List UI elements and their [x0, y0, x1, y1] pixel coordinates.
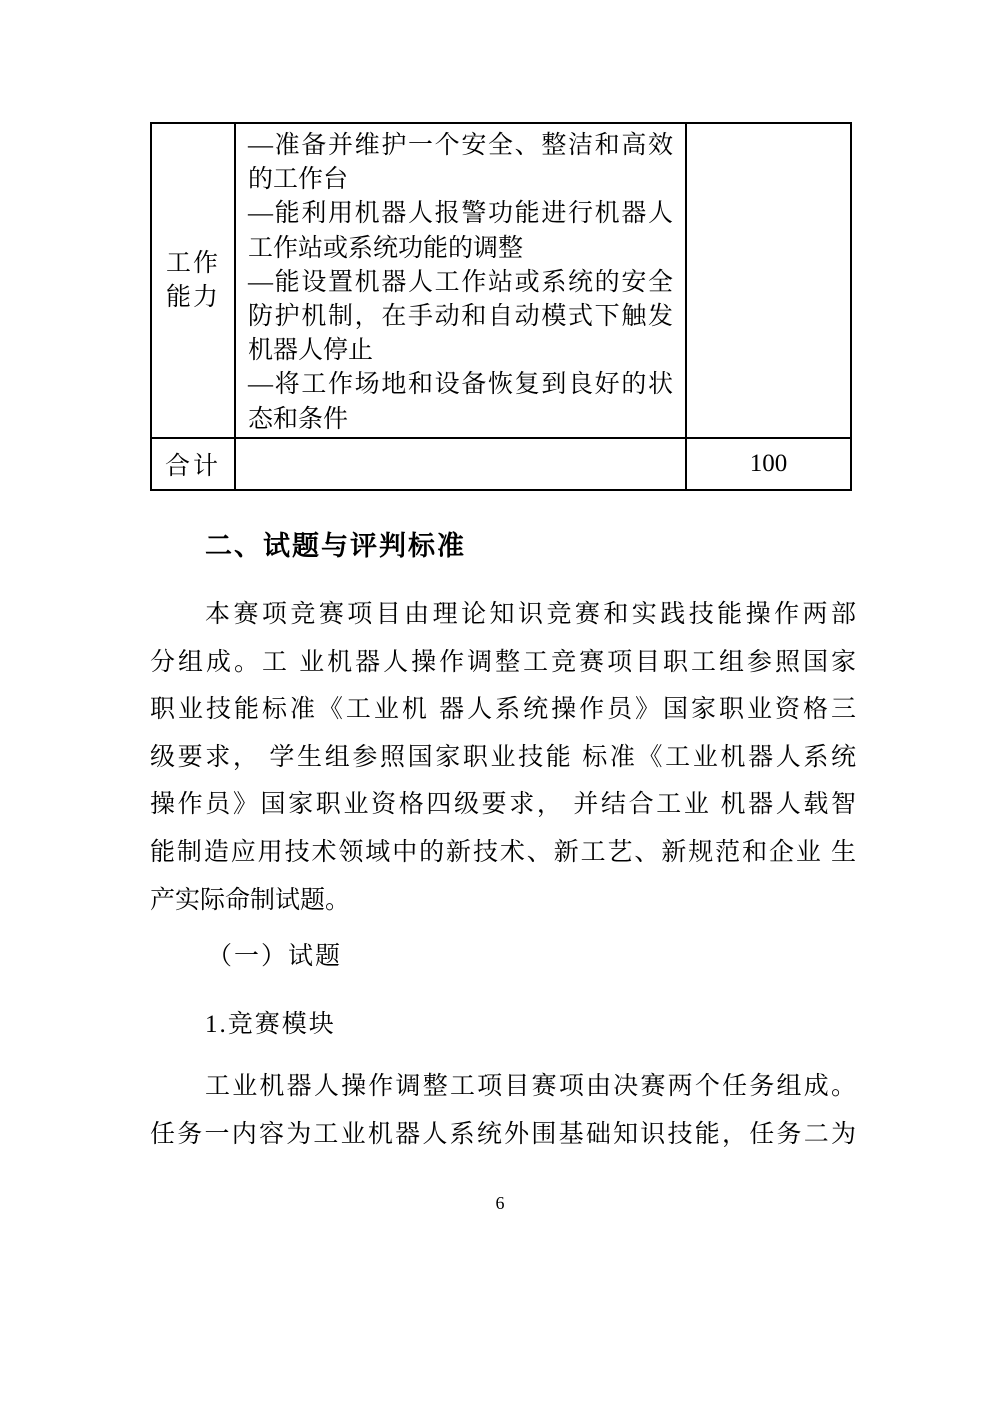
total-score-cell: 100	[687, 439, 850, 489]
criteria-line: 态和条件	[248, 403, 673, 437]
criteria-line: —能利用机器人报警功能进行机器人	[248, 197, 673, 231]
section-heading: 二、试题与评判标准	[205, 524, 466, 563]
page-number: 6	[0, 1193, 1000, 1214]
criteria-line: 防护机制，在手动和自动模式下触发	[248, 300, 673, 334]
capability-header-line: 工作	[166, 247, 220, 281]
criteria-line: —准备并维护一个安全、整洁和高效	[248, 129, 673, 163]
capability-header-line: 能力	[166, 281, 220, 315]
intro-line: 分组成。工 业机器人操作调整工竞赛项目职工组参照国家	[150, 639, 856, 687]
module-paragraph: 工业机器人操作调整工项目赛项由决赛两个任务组成。 任务一内容为工业机器人系统外围…	[150, 1063, 856, 1158]
criteria-line: —将工作场地和设备恢复到良好的状	[248, 368, 673, 402]
document-page: 工作 能力 —准备并维护一个安全、整洁和高效 的工作台 —能利用机器人报警功能进…	[0, 0, 1000, 1414]
module-line: 任务一内容为工业机器人系统外围基础知识技能，任务二为	[150, 1111, 856, 1159]
criteria-line: 的工作台	[248, 163, 673, 197]
intro-line: 级要求， 学生组参照国家职业技能 标准《工业机器人系统	[150, 734, 856, 782]
total-label-cell: 合计	[152, 439, 236, 489]
intro-line: 能制造应用技术领域中的新技术、新工艺、新规范和企业 生	[150, 829, 856, 877]
scoring-table: 工作 能力 —准备并维护一个安全、整洁和高效 的工作台 —能利用机器人报警功能进…	[150, 122, 852, 491]
list-item-heading: 1.竞赛模块	[205, 1004, 336, 1040]
criteria-line: 工作站或系统功能的调整	[248, 232, 673, 266]
criteria-line: —能设置机器人工作站或系统的安全	[248, 266, 673, 300]
criteria-cell: —准备并维护一个安全、整洁和高效 的工作台 —能利用机器人报警功能进行机器人 工…	[236, 124, 687, 439]
capability-header-cell: 工作 能力	[152, 124, 236, 439]
module-line: 工业机器人操作调整工项目赛项由决赛两个任务组成。	[150, 1063, 856, 1111]
subsection-heading: （一）试题	[207, 936, 342, 972]
intro-paragraph: 本赛项竞赛项目由理论知识竞赛和实践技能操作两部 分组成。工 业机器人操作调整工竞…	[150, 591, 856, 924]
intro-line: 本赛项竞赛项目由理论知识竞赛和实践技能操作两部	[150, 591, 856, 639]
intro-line: 产实际命制试题。	[150, 877, 856, 925]
intro-line: 职业技能标准《工业机 器人系统操作员》国家职业资格三	[150, 686, 856, 734]
criteria-line: 机器人停止	[248, 334, 673, 368]
capability-score-cell	[687, 124, 850, 439]
total-empty-cell	[236, 439, 687, 489]
intro-line: 操作员》国家职业资格四级要求， 并结合工业 机器人载智	[150, 781, 856, 829]
